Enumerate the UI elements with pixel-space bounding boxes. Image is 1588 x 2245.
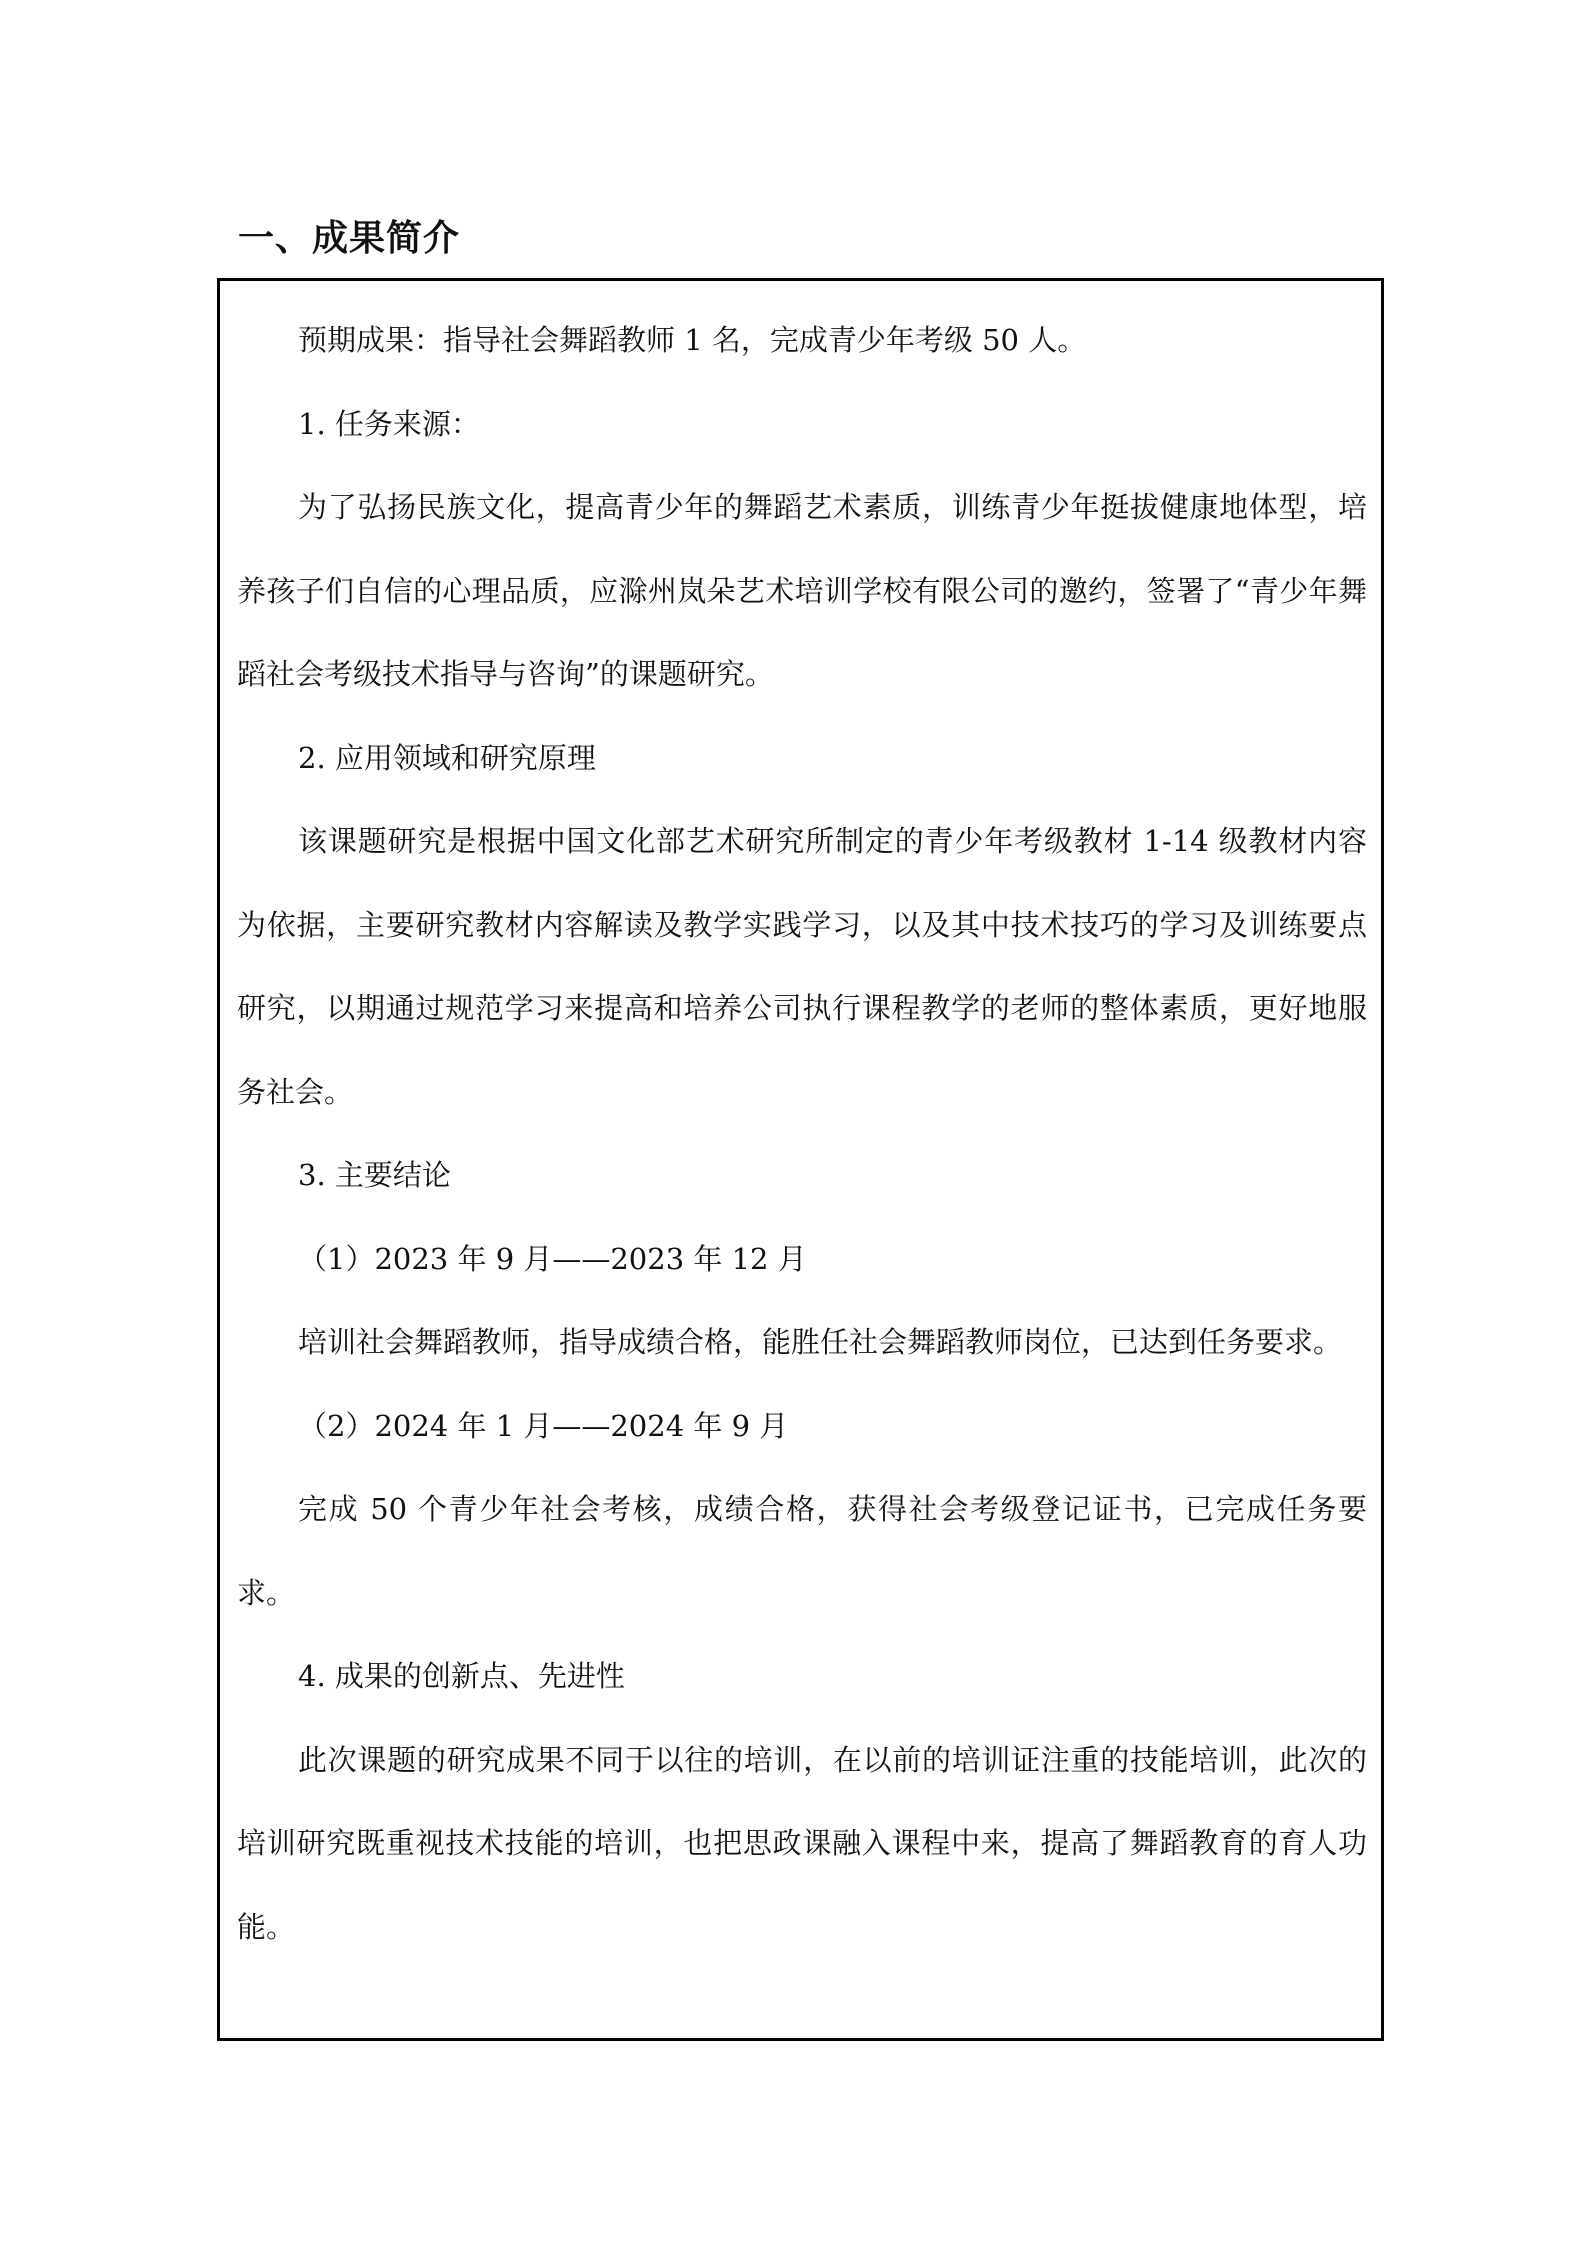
conclusion-period-1: （1）2023 年 9 月——2023 年 12 月 (237, 1218, 1367, 1302)
heading-innovation: 4. 成果的创新点、先进性 (237, 1635, 1367, 1719)
application-text: 该课题研究是根据中国文化部艺术研究所制定的青少年考级教材 1-14 级教材内容为… (237, 800, 1367, 1134)
heading-conclusions: 3. 主要结论 (237, 1134, 1367, 1218)
summary-box: 预期成果：指导社会舞蹈教师 1 名，完成青少年考级 50 人。 1. 任务来源：… (217, 278, 1384, 2041)
task-source-text: 为了弘扬民族文化，提高青少年的舞蹈艺术素质，训练青少年挺拔健康地体型，培养孩子们… (237, 466, 1367, 717)
conclusion-period-2: （2）2024 年 1 月——2024 年 9 月 (237, 1385, 1367, 1469)
section-title: 一、成果简介 (238, 210, 460, 261)
conclusion-text-1: 培训社会舞蹈教师，指导成绩合格，能胜任社会舞蹈教师岗位，已达到任务要求。 (237, 1301, 1367, 1385)
heading-application: 2. 应用领域和研究原理 (237, 717, 1367, 801)
heading-task-source: 1. 任务来源： (237, 383, 1367, 467)
expected-results: 预期成果：指导社会舞蹈教师 1 名，完成青少年考级 50 人。 (237, 299, 1367, 383)
conclusion-text-2: 完成 50 个青少年社会考核，成绩合格，获得社会考级登记证书，已完成任务要求。 (237, 1468, 1367, 1635)
innovation-text: 此次课题的研究成果不同于以往的培训，在以前的培训证注重的技能培训，此次的培训研究… (237, 1719, 1367, 1970)
summary-content: 预期成果：指导社会舞蹈教师 1 名，完成青少年考级 50 人。 1. 任务来源：… (237, 299, 1367, 1969)
